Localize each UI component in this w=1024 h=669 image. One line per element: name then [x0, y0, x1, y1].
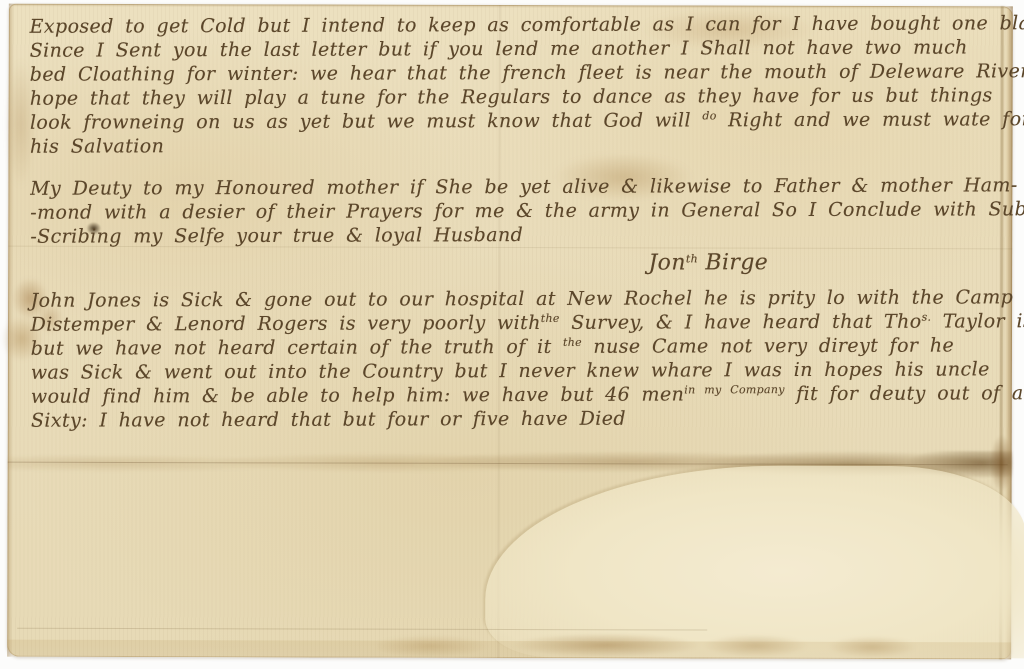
text-segment: Exposed to get Cold but I intend to keep…: [30, 12, 1024, 38]
fold-stain-band: [8, 449, 1012, 478]
paper-top-edge: [9, 4, 1013, 10]
text-segment: but we have not heard certain of the tru…: [31, 336, 563, 360]
bottom-fold-crease: [17, 628, 707, 631]
text-segment: Since I Sent you the last letter but if …: [30, 36, 968, 61]
text-segment: fit for deuty out of above: [785, 382, 1024, 405]
text-segment: -mond with a desier of their Prayers for…: [30, 198, 1024, 224]
superscript-insertion: the: [541, 312, 560, 325]
text-segment: Birge: [698, 250, 768, 275]
letter-line: Exposed to get Cold but I intend to keep…: [30, 11, 1005, 38]
fold-crease-line: [8, 462, 1008, 466]
letter-paper: Exposed to get Cold but I intend to keep…: [7, 4, 1013, 660]
letter-paragraph-1: Exposed to get Cold but I intend to keep…: [30, 11, 1005, 158]
letter-line: Distemper & Lenord Rogers is very poorly…: [31, 309, 1006, 336]
letter-line: look frowneing on us as yet but we must …: [30, 107, 1005, 134]
letter-text: Exposed to get Cold but I intend to keep…: [30, 11, 1006, 432]
text-segment: Sixty: I have not heard that but four or…: [31, 408, 626, 432]
letter-line: Since I Sent you the last letter but if …: [30, 35, 1005, 62]
text-segment: Taylor is Dead: [931, 310, 1024, 333]
letter-line: hope that they will play a tune for the …: [30, 83, 1005, 110]
letter-line: bed Cloathing for winter: we hear that t…: [30, 59, 1005, 86]
letter-line: but we have not heard certain of the tru…: [31, 333, 1006, 360]
text-segment: hope that they will play a tune for the …: [30, 84, 993, 109]
superscript-insertion: s.: [922, 311, 932, 324]
text-segment: bed Cloathing for winter: we hear that t…: [30, 60, 1024, 86]
superscript-insertion: th: [686, 252, 698, 265]
paper-left-edge: [7, 4, 14, 657]
text-segment: My Deuty to my Honoured mother if She be…: [30, 174, 1018, 199]
text-segment: look frowneing on us as yet but we must …: [30, 109, 703, 133]
bottom-fold-flap: [7, 640, 1011, 660]
stain-right-edge-dark: [990, 434, 1014, 492]
text-segment: Jon: [648, 250, 686, 275]
scanned-letter-image: Exposed to get Cold but I intend to keep…: [0, 0, 1024, 669]
letter-line: his Salvation: [30, 131, 1005, 158]
text-segment: his Salvation: [30, 135, 164, 157]
stain-bottom-right: [827, 636, 917, 658]
letter-line: was Sick & went out into the Country but…: [31, 357, 1006, 384]
letter-paragraph-3: John Jones is Sick & gone out to our hos…: [31, 285, 1006, 432]
letter-line: My Deuty to my Honoured mother if She be…: [30, 173, 1005, 200]
stain-bottom-strip: [377, 631, 817, 660]
text-segment: was Sick & went out into the Country but…: [31, 358, 990, 383]
text-segment: Survey, & I have heard that Tho: [560, 311, 922, 334]
signature: Jonth Birge: [30, 247, 1005, 280]
letter-line: -Scribing my Selfe your true & loyal Hus…: [30, 221, 1005, 248]
text-segment: would find him & be able to help him: we…: [31, 383, 684, 407]
letter-line: Sixty: I have not heard that but four or…: [31, 405, 1006, 432]
letter-line: would find him & be able to help him: we…: [31, 381, 1006, 408]
text-segment: Distemper & Lenord Rogers is very poorly…: [31, 312, 541, 336]
superscript-insertion: the: [563, 336, 582, 349]
letter-line: -mond with a desier of their Prayers for…: [30, 197, 1005, 224]
superscript-insertion: in my Company: [684, 383, 785, 396]
superscript-insertion: do: [702, 109, 716, 122]
letter-paragraph-2: My Deuty to my Honoured mother if She be…: [30, 173, 1005, 248]
text-segment: John Jones is Sick & gone out to our hos…: [31, 286, 1014, 311]
text-segment: -Scribing my Selfe your true & loyal Hus…: [30, 224, 523, 248]
text-segment: nuse Came not very direyt for he: [582, 334, 954, 357]
letter-line: John Jones is Sick & gone out to our hos…: [31, 285, 1006, 312]
light-discolored-patch: [485, 465, 1024, 658]
text-segment: Right and we must wate for: [717, 108, 1024, 131]
